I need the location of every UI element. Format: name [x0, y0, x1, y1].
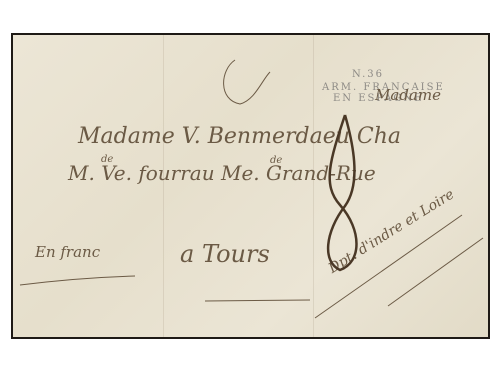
ink-strokes [0, 0, 500, 375]
rate-mark-8 [328, 115, 356, 270]
